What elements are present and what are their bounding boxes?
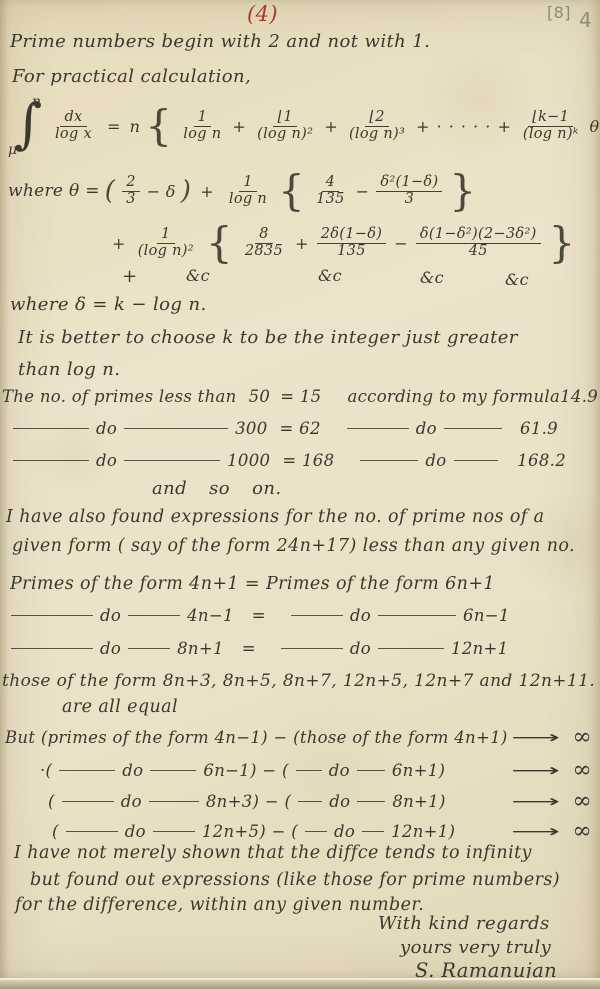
prime-count-row-1: The no. of primes less than 50 = 15 acco… xyxy=(2,387,596,406)
outro-line-2: but found out expressions (like those fo… xyxy=(30,870,560,890)
infinity-symbol: ∞ xyxy=(573,820,592,843)
forms-paragraph-line-1: I have also found expressions for the no… xyxy=(6,507,544,527)
paper-torn-bottom-edge xyxy=(0,978,600,989)
row-mid-label: according to my formula xyxy=(347,387,560,406)
theta-symbol: θ xyxy=(589,117,599,136)
count-n: 50 xyxy=(249,387,271,406)
form-expression: 8n+1 xyxy=(177,639,224,658)
dash-rule xyxy=(362,831,384,832)
dash-rule xyxy=(153,831,195,832)
infinity-symbol: ∞ xyxy=(573,790,592,813)
forms-paragraph-line-2: given form ( say of the form 24n+17) les… xyxy=(12,536,575,556)
open-paren: ( xyxy=(52,822,59,841)
manuscript-page: (4) [8] 4 Prime numbers begin with 2 and… xyxy=(0,0,600,989)
do-label: do xyxy=(334,822,355,841)
page-number-red-ink: (4) xyxy=(247,2,278,26)
dash-rule xyxy=(124,428,228,429)
advice-line-1: It is better to choose k to be the integ… xyxy=(18,327,518,348)
dash-rule xyxy=(357,801,385,802)
form-expression: 12n+1 xyxy=(451,639,508,658)
integral-formula: ∫ n μ dx log x = n { 1 log n + ⌊1 (log n… xyxy=(8,96,600,156)
minus-sign: − xyxy=(394,234,408,253)
term-fraction: 4 135 xyxy=(312,175,349,208)
plus-sign: + xyxy=(112,234,126,253)
dash-rule xyxy=(360,460,418,461)
intro-line-1: Prime numbers begin with 2 and not with … xyxy=(10,31,430,52)
term-fraction: 2 3 xyxy=(122,175,140,208)
arrow-icon: ⟶ xyxy=(511,728,560,748)
formula-value: 61.9 xyxy=(520,419,558,438)
term-fraction: ⌊2 (log n)³ xyxy=(345,110,409,143)
dash-rule xyxy=(281,648,343,649)
form-expression: 8n+3) − ( xyxy=(206,792,291,811)
formula-value: 14.9 xyxy=(560,387,598,406)
theta-formula-line-1: where θ = ( 2 3 − δ ) + 1 log n { 4 135 … xyxy=(8,166,476,216)
form-expression: 6n−1) − ( xyxy=(203,761,288,780)
difference-row-1: But (primes of the form 4n−1) − (those o… xyxy=(5,726,592,749)
close-paren: ) xyxy=(181,178,191,204)
coefficient-n: n xyxy=(130,117,141,136)
do-label: do xyxy=(329,792,350,811)
dash-rule xyxy=(150,770,196,771)
dash-rule xyxy=(13,428,89,429)
dash-rule xyxy=(298,801,322,802)
dash-rule xyxy=(128,648,170,649)
term-fraction: 1 (log n)² xyxy=(134,227,198,260)
dash-rule xyxy=(357,770,385,771)
form-expression: 4n−1 xyxy=(187,606,234,625)
integrand-fraction: dx log x xyxy=(51,110,96,143)
do-label: do xyxy=(350,639,371,658)
count-value: = 62 xyxy=(280,419,321,438)
difference-row-4: ( do 12n+5) − ( do 12n+1) ⟶ ∞ xyxy=(52,820,592,843)
dash-rule xyxy=(291,615,343,616)
term-fraction: δ²(1−δ) 3 xyxy=(376,175,442,208)
prime-count-row-3: do 1000 = 168 do 168.2 xyxy=(6,451,594,470)
form-expression: 12n+1) xyxy=(391,822,455,841)
etc-mark: &c xyxy=(420,268,444,287)
minus-sign: − xyxy=(356,182,370,201)
do-label: do xyxy=(121,792,142,811)
do-label: do xyxy=(329,761,350,780)
arrow-icon: ⟶ xyxy=(511,822,560,842)
open-brace: { xyxy=(206,222,233,264)
forms-equality-row-3: do 8n+1 = do 12n+1 xyxy=(4,639,570,658)
minus-delta: − δ xyxy=(147,182,176,201)
do-label: do xyxy=(100,639,121,658)
infinity-symbol: ∞ xyxy=(573,726,592,749)
count-n: 1000 xyxy=(227,451,270,470)
count-value: = 15 xyxy=(280,387,321,406)
count-value: = 168 xyxy=(282,451,334,470)
open-brace: { xyxy=(278,170,305,212)
do-label: do xyxy=(350,606,371,625)
close-brace: } xyxy=(449,170,476,212)
term-fraction: δ(1−δ²)(2−3δ²) 45 xyxy=(416,227,541,260)
open-brace: { xyxy=(145,105,172,147)
do-label: do xyxy=(125,822,146,841)
dash-rule xyxy=(128,615,180,616)
plus-sign: + xyxy=(232,117,246,136)
folio-bracket-mark: [8] xyxy=(547,3,571,22)
and-so-on-line: and so on. xyxy=(152,478,282,499)
theta-formula-line-2: + 1 (log n)² { 8 2835 + 2δ(1−δ) 135 − δ(… xyxy=(112,218,576,268)
equal-forms-note-1: those of the form 8n+3, 8n+5, 8n+7, 12n+… xyxy=(2,671,595,691)
do-label: do xyxy=(122,761,143,780)
dash-rule xyxy=(454,460,498,461)
prime-count-row-2: do 300 = 62 do 61.9 xyxy=(6,419,594,438)
dash-rule xyxy=(305,831,327,832)
dash-rule xyxy=(62,801,114,802)
etc-mark: &c xyxy=(318,266,342,285)
infinity-symbol: ∞ xyxy=(573,759,592,782)
equal-forms-note-2: are all equal xyxy=(62,697,178,717)
plus-sign: + xyxy=(122,266,137,287)
term-fraction: 2δ(1−δ) 135 xyxy=(317,227,386,260)
ellipsis-dots: + · · · · · + xyxy=(416,117,512,136)
term-fraction: 8 2835 xyxy=(241,227,287,260)
close-brace: } xyxy=(549,222,576,264)
equals-sign: = xyxy=(107,117,121,136)
difference-headline: But (primes of the form 4n−1) − (those o… xyxy=(5,728,508,747)
do-label: do xyxy=(416,419,437,438)
dash-rule xyxy=(149,801,199,802)
difference-row-3: ( do 8n+3) − ( do 8n+1) ⟶ ∞ xyxy=(48,790,592,813)
dash-rule xyxy=(124,460,220,461)
dash-rule xyxy=(59,770,115,771)
valediction-line-2: yours very truly xyxy=(400,937,551,958)
form-expression: 6n−1 xyxy=(463,606,510,625)
open-paren: ·( xyxy=(40,761,52,780)
outro-line-3: for the difference, within any given num… xyxy=(15,895,424,915)
dash-rule xyxy=(378,615,456,616)
dash-rule xyxy=(444,428,502,429)
do-label: do xyxy=(425,451,446,470)
integral-sign-group: ∫ n μ xyxy=(8,96,44,156)
folio-number: 4 xyxy=(579,8,592,32)
valediction-line-1: With kind regards xyxy=(378,913,550,934)
dash-rule xyxy=(296,770,322,771)
intro-line-2: For practical calculation, xyxy=(12,66,251,87)
where-theta-equals: where θ = xyxy=(8,181,100,201)
term-fraction: 1 log n xyxy=(179,110,225,143)
plus-sign: + xyxy=(324,117,338,136)
dash-rule xyxy=(66,831,118,832)
row-label: The no. of primes less than xyxy=(2,387,237,406)
outro-line-1: I have not merely shown that the diffce … xyxy=(14,843,532,863)
form-expression: 12n+5) − ( xyxy=(202,822,298,841)
formula-value: 168.2 xyxy=(517,451,566,470)
form-expression: 6n+1) xyxy=(392,761,445,780)
plus-sign: + xyxy=(200,182,214,201)
do-label: do xyxy=(96,419,117,438)
dash-rule xyxy=(378,648,444,649)
form-expression: 8n+1) xyxy=(392,792,445,811)
upper-limit: n xyxy=(32,94,41,110)
dash-rule xyxy=(13,460,89,461)
delta-definition: where δ = k − log n. xyxy=(10,294,207,315)
forms-equality-row-2: do 4n−1 = do 6n−1 xyxy=(4,606,570,625)
term-fraction: ⌊k−1 (log n)ᵏ xyxy=(519,110,583,143)
plus-sign: + xyxy=(295,234,309,253)
etc-mark: &c xyxy=(505,270,529,289)
arrow-icon: ⟶ xyxy=(511,792,560,812)
forms-equality-row-1: Primes of the form 4n+1 = Primes of the … xyxy=(10,574,495,594)
do-label: do xyxy=(96,451,117,470)
equals-sign: = xyxy=(242,639,256,658)
etc-mark: &c xyxy=(186,266,210,285)
dash-rule xyxy=(347,428,409,429)
count-n: 300 xyxy=(235,419,267,438)
equals-sign: = xyxy=(252,606,266,625)
difference-row-2: ·( do 6n−1) − ( do 6n+1) ⟶ ∞ xyxy=(40,759,592,782)
arrow-icon: ⟶ xyxy=(511,761,560,781)
dash-rule xyxy=(11,615,93,616)
term-fraction: ⌊1 (log n)² xyxy=(253,110,317,143)
advice-line-2: than log n. xyxy=(18,359,120,380)
term-fraction: 1 log n xyxy=(225,175,271,208)
dash-rule xyxy=(11,648,93,649)
do-label: do xyxy=(100,606,121,625)
lower-limit: μ xyxy=(8,142,17,158)
open-paren: ( xyxy=(48,792,55,811)
open-paren: ( xyxy=(105,178,115,204)
